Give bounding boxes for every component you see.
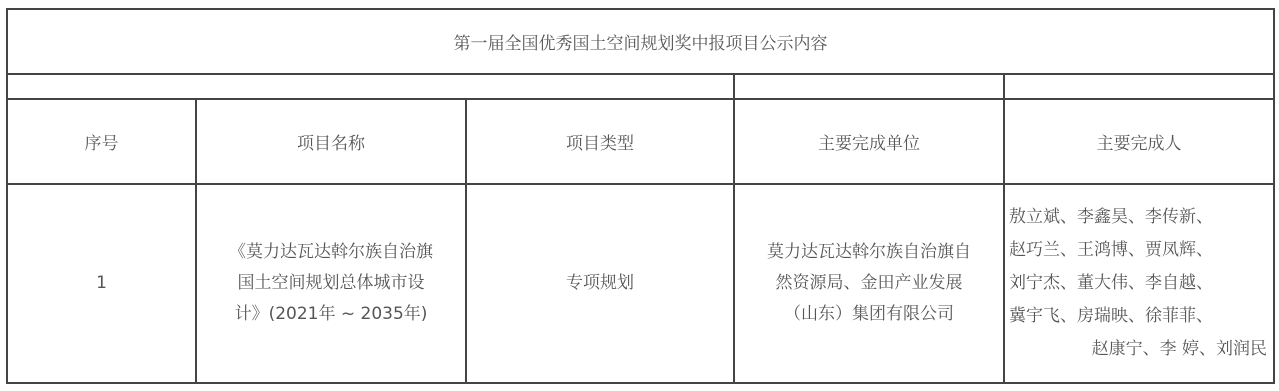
project-name-line: 《莫力达瓦达斡尔族自治旗 [229, 237, 433, 268]
header-project-type: 项目类型 [466, 99, 734, 184]
header-main-people: 主要完成人 [1004, 99, 1274, 184]
people-line: 冀宇飞、房瑞映、徐菲菲、 [1009, 300, 1273, 333]
project-name-line: 国土空间规划总体城市设 [229, 268, 433, 299]
table-row: 1 《莫力达瓦达斡尔族自治旗 国土空间规划总体城市设 计》(2021年 ~ 20… [7, 184, 1274, 383]
header-index: 序号 [7, 99, 196, 184]
people-line: 赵巧兰、王鸿博、贾凤辉、 [1009, 234, 1273, 267]
header-row: 序号 项目名称 项目类型 主要完成单位 主要完成人 [7, 99, 1274, 184]
award-table: 第一届全国优秀国土空间规划奖中报项目公示内容 序号 项目名称 项目类型 主要完成… [6, 8, 1275, 384]
project-name-line: 计》(2021年 ~ 2035年) [229, 299, 433, 330]
cell-project-name: 《莫力达瓦达斡尔族自治旗 国土空间规划总体城市设 计》(2021年 ~ 2035… [196, 184, 466, 383]
people-line: 赵康宁、李 婷、刘润民 [1009, 333, 1273, 366]
people-line: 敖立斌、李鑫昊、李传新、 [1009, 201, 1273, 234]
header-main-unit: 主要完成单位 [734, 99, 1004, 184]
blank-cell [7, 74, 734, 99]
cell-main-unit: 莫力达瓦达斡尔族自治旗自 然资源局、金田产业发展 （山东）集团有限公司 [734, 184, 1004, 383]
main-unit-line: 莫力达瓦达斡尔族自治旗自 [767, 237, 971, 268]
table-title: 第一届全国优秀国土空间规划奖中报项目公示内容 [7, 9, 1274, 74]
blank-cell [1004, 74, 1274, 99]
header-project-name: 项目名称 [196, 99, 466, 184]
main-unit-line: （山东）集团有限公司 [767, 299, 971, 330]
cell-main-people: 敖立斌、李鑫昊、李传新、 赵巧兰、王鸿博、贾凤辉、 刘宁杰、董大伟、李自越、 冀… [1004, 184, 1274, 383]
blank-row [7, 74, 1274, 99]
blank-cell [734, 74, 1004, 99]
people-line: 刘宁杰、董大伟、李自越、 [1009, 267, 1273, 300]
cell-index: 1 [7, 184, 196, 383]
main-unit-line: 然资源局、金田产业发展 [767, 268, 971, 299]
cell-project-type: 专项规划 [466, 184, 734, 383]
